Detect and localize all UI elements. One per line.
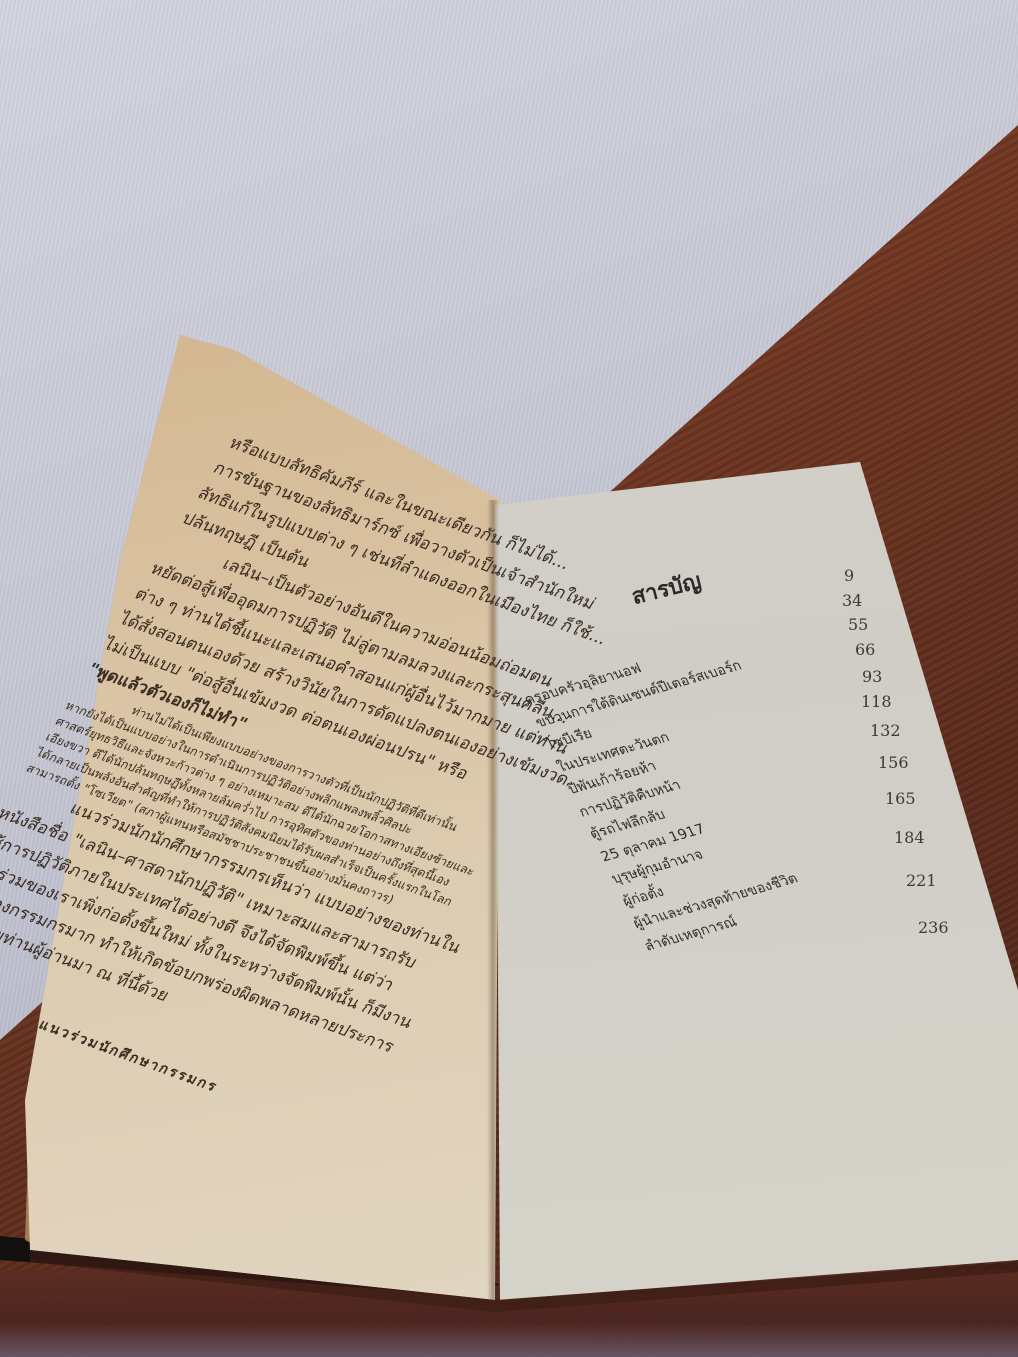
toc-page-number: 165 bbox=[885, 789, 916, 808]
toc-page-number: 55 bbox=[848, 615, 868, 634]
toc-page-number: 132 bbox=[870, 721, 901, 740]
toc-page-number: 93 bbox=[862, 667, 882, 686]
toc-page-number: 66 bbox=[855, 640, 875, 659]
toc-page-number: 221 bbox=[906, 871, 937, 890]
toc-page-number: 9 bbox=[844, 566, 854, 585]
toc-page-number: 34 bbox=[842, 591, 862, 610]
toc-page-number: 236 bbox=[918, 918, 949, 937]
toc-page-number: 156 bbox=[878, 753, 909, 772]
toc-page-number: 184 bbox=[894, 828, 925, 847]
toc-page-number: 118 bbox=[861, 692, 892, 711]
